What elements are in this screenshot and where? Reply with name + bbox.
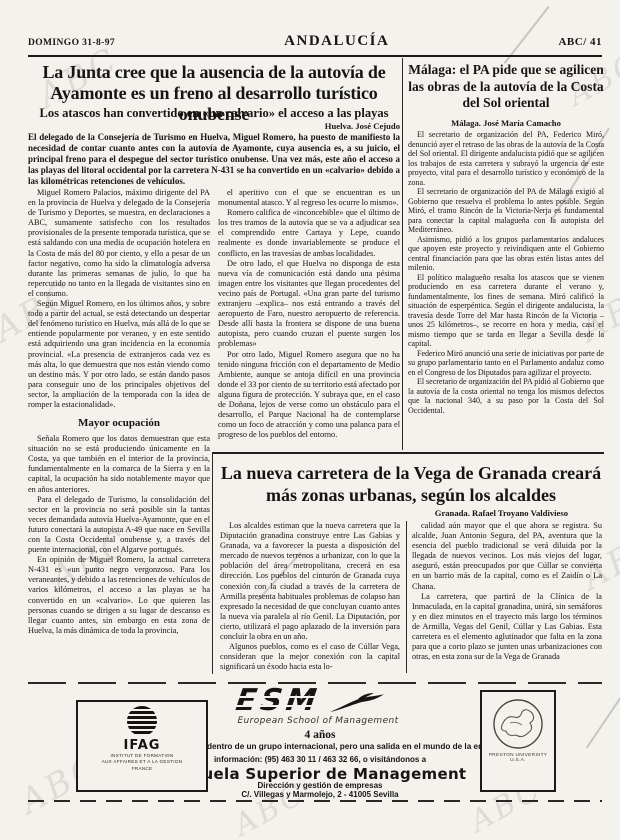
huelva-body-column-1: Miguel Romero Palacios, máximo dirigente… <box>28 188 210 674</box>
paragraph: El secretario de organización del PA pid… <box>408 377 604 415</box>
esm-logo-stripe <box>231 705 323 707</box>
scan-slash-mark <box>586 676 620 748</box>
newspaper-page: ABC ABC ABC ABC ABC ABC ABC ABC ABC DOMI… <box>0 0 620 840</box>
column-rule <box>406 521 407 673</box>
ifag-caption-line2: AUX AFFAIRES ET A LA GESTION <box>102 759 183 765</box>
page-header: DOMINGO 31-8-97 ANDALUCÍA ABC/ 41 <box>28 33 602 57</box>
malaga-body-column: El secretario de organización del PA, Fe… <box>408 130 604 448</box>
granada-col1-paragraphs: Los alcaldes estiman que la nueva carret… <box>220 521 400 672</box>
paragraph: Federico Miró anunció una serie de inici… <box>408 349 604 378</box>
granada-body-column-2: calidad aún mayor que el que ahora se re… <box>412 521 602 673</box>
malaga-headline: Málaga: el PA pide que se agilicen las o… <box>408 62 604 112</box>
granada-col2-paragraphs: calidad aún mayor que el que ahora se re… <box>412 521 602 662</box>
paragraph: El político malagueño resalta los atasco… <box>408 273 604 349</box>
section-title: ANDALUCÍA <box>284 33 389 50</box>
granada-headline: La nueva carretera de la Vega de Granada… <box>220 462 602 506</box>
huelva-col1-paragraphs: Miguel Romero Palacios, máximo dirigente… <box>28 188 210 410</box>
preston-seal-box: PRESTON UNIVERSITY U.S.A. <box>480 690 556 792</box>
bird-icon <box>328 692 386 714</box>
paragraph: Algunos pueblos, como es el caso de Cúll… <box>220 642 400 672</box>
preston-country: U.S.A. <box>510 758 526 763</box>
column-rule <box>212 452 213 674</box>
paragraph: el aperitivo con el que se encuentran es… <box>218 188 400 208</box>
page-number: ABC/ 41 <box>558 36 602 48</box>
paragraph: Romero califica de «inconcebible» que el… <box>218 208 400 258</box>
paragraph: Miguel Romero Palacios, máximo dirigente… <box>28 188 210 299</box>
paragraph: El secretario de organización del PA de … <box>408 187 604 235</box>
preston-seal-icon <box>490 695 546 753</box>
paragraph: Por otro lado, Miguel Romero asegura que… <box>218 350 400 441</box>
ifag-name: IFAG <box>124 738 161 753</box>
granada-body-column-1: Los alcaldes estiman que la nueva carret… <box>220 521 400 673</box>
paragraph: Para el delegado de Turismo, la consolid… <box>28 495 210 556</box>
paragraph: El secretario de organización del PA, Fe… <box>408 130 604 187</box>
column-rule <box>402 58 403 450</box>
malaga-byline: Málaga. José María Camacho <box>408 118 604 128</box>
esm-logo-stripe <box>232 696 324 698</box>
paragraph: Los alcaldes estiman que la nueva carret… <box>220 521 400 642</box>
esm-subtitle: European School of Management <box>228 716 408 726</box>
esm-logo-text: ESM <box>234 688 322 714</box>
paragraph: calidad aún mayor que el que ahora se re… <box>412 521 602 592</box>
huelva-lead-paragraph: El delegado de la Consejería de Turismo … <box>28 132 400 184</box>
date-label: DOMINGO 31-8-97 <box>28 38 115 48</box>
paragraph: Asimismo, pidió a los grupos parlamentar… <box>408 235 604 273</box>
huelva-body-column-2: el aperitivo con el que se encuentran es… <box>218 188 400 446</box>
malaga-paragraphs: El secretario de organización del PA, Fe… <box>408 130 604 415</box>
esm-logo: ESM <box>236 688 386 714</box>
huelva-subhead: Los atascos han convertido en «un calvar… <box>28 106 400 120</box>
huelva-byline: Huelva. José Cejudo <box>28 121 400 131</box>
huelva-crosshead: Mayor ocupación <box>28 417 210 429</box>
paragraph: En opinión de Miguel Romero, la actual c… <box>28 555 210 636</box>
paragraph: De otro lado, el que Huelva no disponga … <box>218 259 400 350</box>
paragraph: La carretera, que partirá de la Clínica … <box>412 592 602 663</box>
paragraph: Señala Romero que los datos demuestran q… <box>28 434 210 495</box>
ifag-globe-icon <box>127 706 157 736</box>
huelva-col2-paragraphs: el aperitivo con el que se encuentran es… <box>218 188 400 440</box>
ifag-caption-country: FRANCE <box>132 766 153 772</box>
paragraph: Según Miguel Romero, en los últimos años… <box>28 299 210 410</box>
granada-byline: Granada. Rafael Troyano Valdivieso <box>220 508 602 518</box>
section-divider-rule <box>212 452 604 454</box>
ifag-logo-box: IFAG INSTITUT DE FORMATION AUX AFFAIRES … <box>76 700 208 792</box>
ad-bottom-border <box>28 800 602 802</box>
huelva-col1-paragraphs-after: Señala Romero que los datos demuestran q… <box>28 434 210 636</box>
